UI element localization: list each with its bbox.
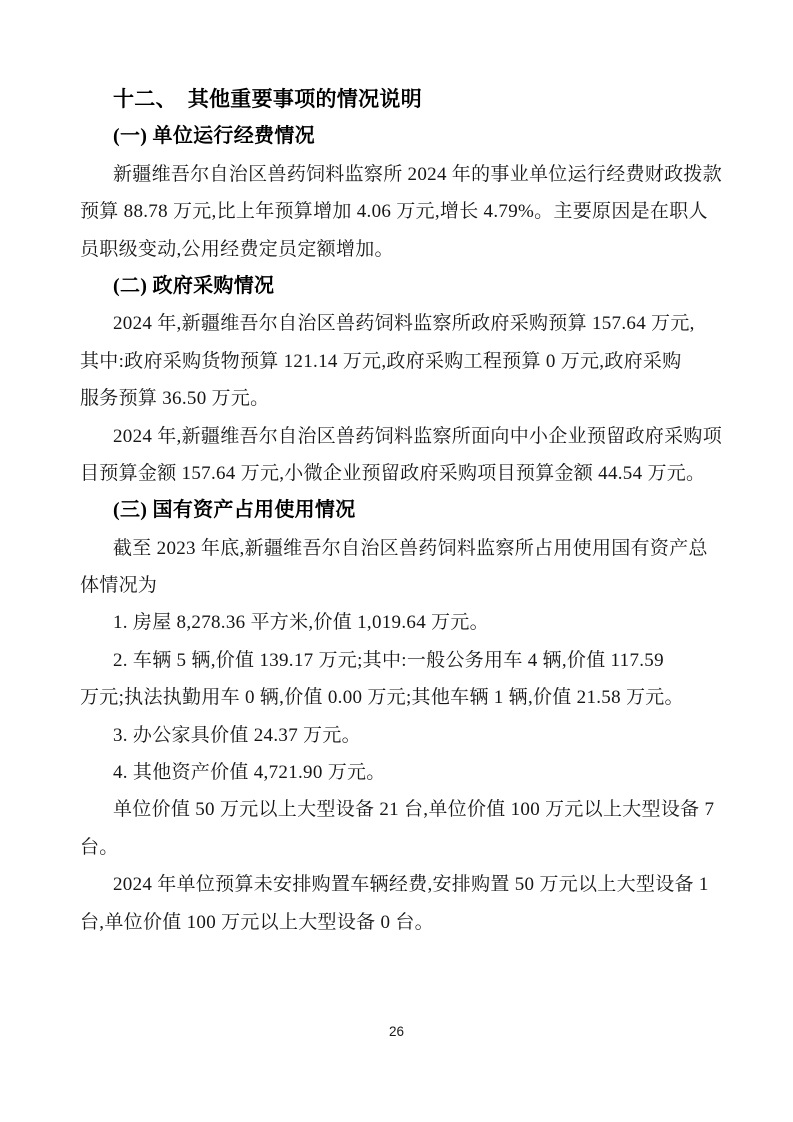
page-number: 26 bbox=[0, 1022, 793, 1042]
paragraph-line: 2024 年,新疆维吾尔自治区兽药饲料监察所政府采购预算 157.64 万元, bbox=[80, 305, 713, 342]
subsection-1-title: (一) 单位运行经费情况 bbox=[80, 118, 713, 155]
document-body: 十二、 其他重要事项的情况说明 (一) 单位运行经费情况 新疆维吾尔自治区兽药饲… bbox=[80, 81, 713, 941]
paragraph-line: 员职级变动,公用经费定员定额增加。 bbox=[80, 231, 713, 268]
subsection-2-title: (二) 政府采购情况 bbox=[80, 268, 713, 305]
paragraph-line: 其中:政府采购货物预算 121.14 万元,政府采购工程预算 0 万元,政府采购 bbox=[80, 343, 713, 380]
asset-item-vehicles: 2. 车辆 5 辆,价值 139.17 万元;其中:一般公务用车 4 辆,价值 … bbox=[80, 642, 713, 679]
paragraph-line: 新疆维吾尔自治区兽药饲料监察所 2024 年的事业单位运行经费财政拨款 bbox=[80, 156, 713, 193]
paragraph-line: 台,单位价值 100 万元以上大型设备 0 台。 bbox=[80, 904, 713, 941]
doc-heading: 十二、 其他重要事项的情况说明 bbox=[80, 81, 713, 118]
asset-item-vehicles-cont: 万元;执法执勤用车 0 辆,价值 0.00 万元;其他车辆 1 辆,价值 21.… bbox=[80, 679, 713, 716]
paragraph-line: 预算 88.78 万元,比上年预算增加 4.06 万元,增长 4.79%。主要原… bbox=[80, 193, 713, 230]
subsection-3-title: (三) 国有资产占用使用情况 bbox=[80, 492, 713, 529]
asset-item-housing: 1. 房屋 8,278.36 平方米,价值 1,019.64 万元。 bbox=[80, 604, 713, 641]
paragraph-line: 2024 年单位预算未安排购置车辆经费,安排购置 50 万元以上大型设备 1 bbox=[80, 866, 713, 903]
asset-item-furniture: 3. 办公家具价值 24.37 万元。 bbox=[80, 717, 713, 754]
document-page: 十二、 其他重要事项的情况说明 (一) 单位运行经费情况 新疆维吾尔自治区兽药饲… bbox=[0, 0, 793, 1122]
paragraph-line: 截至 2023 年底,新疆维吾尔自治区兽药饲料监察所占用使用国有资产总 bbox=[80, 530, 713, 567]
paragraph-line: 体情况为 bbox=[80, 567, 713, 604]
paragraph-line: 服务预算 36.50 万元。 bbox=[80, 380, 713, 417]
paragraph-line: 目预算金额 157.64 万元,小微企业预留政府采购项目预算金额 44.54 万… bbox=[80, 455, 713, 492]
paragraph-line: 单位价值 50 万元以上大型设备 21 台,单位价值 100 万元以上大型设备 … bbox=[80, 791, 713, 828]
asset-item-other: 4. 其他资产价值 4,721.90 万元。 bbox=[80, 754, 713, 791]
paragraph-line: 2024 年,新疆维吾尔自治区兽药饲料监察所面向中小企业预留政府采购项 bbox=[80, 418, 713, 455]
paragraph-line: 台。 bbox=[80, 829, 713, 866]
